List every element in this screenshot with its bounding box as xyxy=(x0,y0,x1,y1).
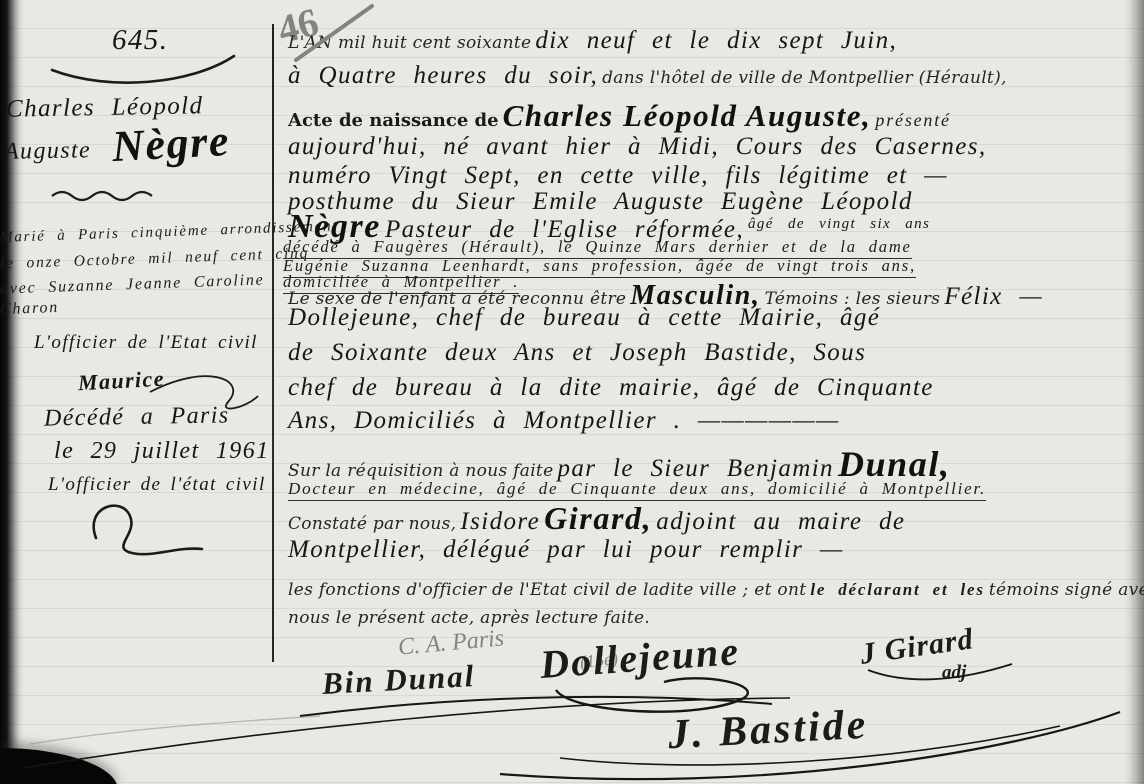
printed-segment: L'AN mil huit cent soixante xyxy=(288,33,531,53)
act-line: Ans, Domiciliés à Montpellier . —————— xyxy=(288,407,840,435)
death-officer-paraph xyxy=(94,506,202,555)
record-number-flourish xyxy=(52,56,234,83)
binding-corner-shadow xyxy=(0,748,118,784)
marriage-annotation-line3: avec Suzanne Jeanne Caroline xyxy=(0,271,265,298)
act-line: à Quatre heures du soir, dans l'hôtel de… xyxy=(288,62,1007,90)
handwritten-segment: Dunal, xyxy=(838,444,951,484)
printed-segment: dans l'hôtel de ville de Montpellier (Hé… xyxy=(602,68,1007,88)
handwritten-segment: le déclarant et les xyxy=(810,580,984,599)
printed-segment: Acte de naissance de xyxy=(288,110,499,131)
handwritten-segment: par le Sieur Benjamin xyxy=(557,455,834,482)
birth-record-scan: 645. Charles Léopold Auguste Nègre Marié… xyxy=(0,0,1144,784)
act-line: Montpellier, délégué par lui pour rempli… xyxy=(288,536,844,564)
act-line: Dollejeune, chef de bureau à cette Mairi… xyxy=(288,304,880,332)
signature-dollejeune: Dollejeune xyxy=(539,627,742,688)
act-line: L'AN mil huit cent soixante dix neuf et … xyxy=(288,27,897,55)
death-annotation-line1: Décédé a Paris xyxy=(44,402,230,432)
signature-bastide: J. Bastide xyxy=(667,701,870,759)
handwritten-segment: adjoint au maire de xyxy=(656,508,905,535)
marriage-officer-signature: Maurice xyxy=(77,366,165,397)
handwritten-segment: Félix — xyxy=(944,283,1043,310)
signature-dunal: Bin Dunal xyxy=(321,658,476,702)
act-line: Docteur en médecine, âgé de Cinquante de… xyxy=(288,479,986,501)
act-line: de Soixante deux Ans et Joseph Bastide, … xyxy=(288,339,866,367)
printed-segment: Sur la réquisition à nous faite xyxy=(288,461,553,481)
name-squiggle xyxy=(52,192,152,200)
act-line: aujourd'hui, né avant hier à Midi, Cours… xyxy=(288,133,987,161)
printed-segment: les fonctions d'officier de l'Etat civil… xyxy=(288,580,806,600)
page-curl-line xyxy=(30,716,320,744)
act-line: nous le présent acte, après lecture fait… xyxy=(288,608,650,628)
act-line: Acte de naissance de Charles Léopold Aug… xyxy=(288,98,951,134)
printed-segment: Constaté par nous, xyxy=(288,514,456,534)
handwritten-segment: Girard, xyxy=(544,500,652,536)
handwritten-segment: Isidore xyxy=(460,508,540,535)
record-number: 645. xyxy=(112,24,168,57)
death-officer-caption: L'officier de l'état civil xyxy=(48,474,266,496)
marriage-annotation-line4: Charon xyxy=(0,299,59,319)
binding-shadow-right xyxy=(1124,0,1144,784)
handwritten-segment: âgé de vingt six ans xyxy=(748,216,930,232)
child-surname: Nègre xyxy=(111,115,231,172)
signature-girard-role: adj xyxy=(942,662,966,684)
act-line: numéro Vingt Sept, en cette ville, fils … xyxy=(288,162,948,190)
margin-divider-rule xyxy=(272,24,274,662)
handwritten-segment: Charles Léopold Auguste, xyxy=(503,98,872,133)
handwritten-segment: à Quatre heures du soir, xyxy=(288,62,598,89)
handwritten-segment: présenté xyxy=(875,110,950,130)
act-line: Constaté par nous, Isidore Girard, adjoi… xyxy=(288,500,905,537)
marriage-annotation-line2: le onze Octobre mil neuf cent cinq xyxy=(0,245,309,274)
pencil-annotation-paris: C. A. Paris xyxy=(397,625,505,661)
death-annotation-line2: le 29 juillet 1961 xyxy=(54,438,270,465)
handwritten-segment: dix neuf et le dix sept Juin, xyxy=(535,27,897,54)
marriage-officer-caption: L'officier de l'Etat civil xyxy=(34,332,258,354)
act-line: les fonctions d'officier de l'Etat civil… xyxy=(288,580,1144,600)
child-name-line2: Auguste xyxy=(4,137,92,166)
printed-segment: témoins signé avec xyxy=(989,580,1144,600)
act-line: chef de bureau à la dite mairie, âgé de … xyxy=(288,374,934,402)
